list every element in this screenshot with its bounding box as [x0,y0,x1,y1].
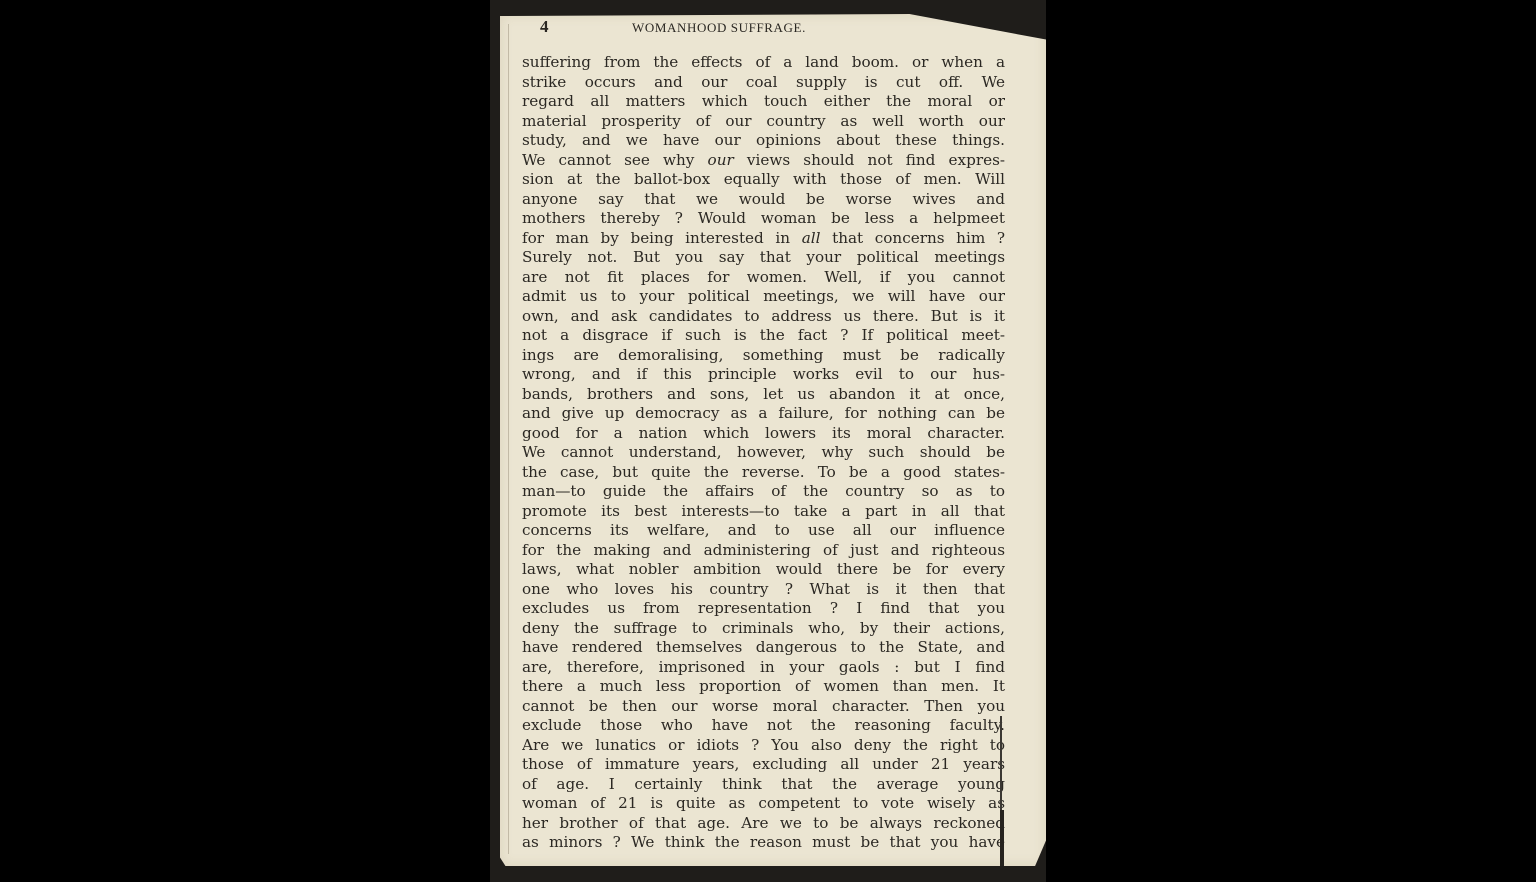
text-line: have rendered themselves dangerous to th… [522,638,1005,658]
text-line: laws, what nobler ambition would there b… [522,560,1005,580]
text-line: woman of 21 is quite as competent to vot… [522,794,1005,814]
page-number: 4 [540,17,549,37]
text-line: excludes us from representation ? I find… [522,599,1005,619]
text-line: and give up democracy as a failure, for … [522,404,1005,424]
text-line: are not fit places for women. Well, if y… [522,268,1005,288]
emphasis: our [708,151,734,169]
text-line: Surely not. But you say that your politi… [522,248,1005,268]
text-line: man—to guide the affairs of the country … [522,482,1005,502]
text-line: We cannot understand, however, why such … [522,443,1005,463]
text-line: exclude those who have not the reasoning… [522,716,1005,736]
text-line: cannot be then our worse moral character… [522,697,1005,717]
text-line: anyone say that we would be worse wives … [522,190,1005,210]
text-line: for man by being interested in all that … [522,229,1005,249]
text-line: her brother of that age. Are we to be al… [522,814,1005,834]
text-line: promote its best interests—to take a par… [522,502,1005,522]
text-line: not a disgrace if such is the fact ? If … [522,326,1005,346]
text-line: regard all matters which touch either th… [522,92,1005,112]
column-rule-thick [1000,810,1004,866]
text-line: own, and ask candidates to address us th… [522,307,1005,327]
text-line: wrong, and if this principle works evil … [522,365,1005,385]
text-line: good for a nation which lowers its moral… [522,424,1005,444]
text-line: are, therefore, imprisoned in your gaols… [522,658,1005,678]
text-line: strike occurs and our coal supply is cut… [522,73,1005,93]
text-line: deny the suffrage to criminals who, by t… [522,619,1005,639]
text-line: mothers thereby ? Would woman be less a … [522,209,1005,229]
emphasis: all [802,229,821,247]
text-line: of age. I certainly think that the avera… [522,775,1005,795]
running-title: WOMANHOOD SUFFRAGE. [632,20,806,36]
text-line: as minors ? We think the reason must be … [522,833,1005,853]
text-line: the case, but quite the reverse. To be a… [522,463,1005,483]
text-line: ings are demoralising, something must be… [522,346,1005,366]
text-line: We cannot see why our views should not f… [522,151,1005,171]
text-line: bands, brothers and sons, let us abandon… [522,385,1005,405]
text-line: sion at the ballot-box equally with thos… [522,170,1005,190]
text-line: Are we lunatics or idiots ? You also den… [522,736,1005,756]
paper-fold-line [508,24,509,854]
text-line: those of immature years, excluding all u… [522,755,1005,775]
text-line: one who loves his country ? What is it t… [522,580,1005,600]
text-line: admit us to your political meetings, we … [522,287,1005,307]
text-line: suffering from the effects of a land boo… [522,53,1005,73]
text-line: concerns its welfare, and to use all our… [522,521,1005,541]
page-header: 4 WOMANHOOD SUFFRAGE. [540,17,1010,39]
text-line: there a much less proportion of women th… [522,677,1005,697]
article-body: suffering from the effects of a land boo… [522,53,1005,853]
text-line: for the making and administering of just… [522,541,1005,561]
text-line: study, and we have our opinions about th… [522,131,1005,151]
text-line: material prosperity of our country as we… [522,112,1005,132]
